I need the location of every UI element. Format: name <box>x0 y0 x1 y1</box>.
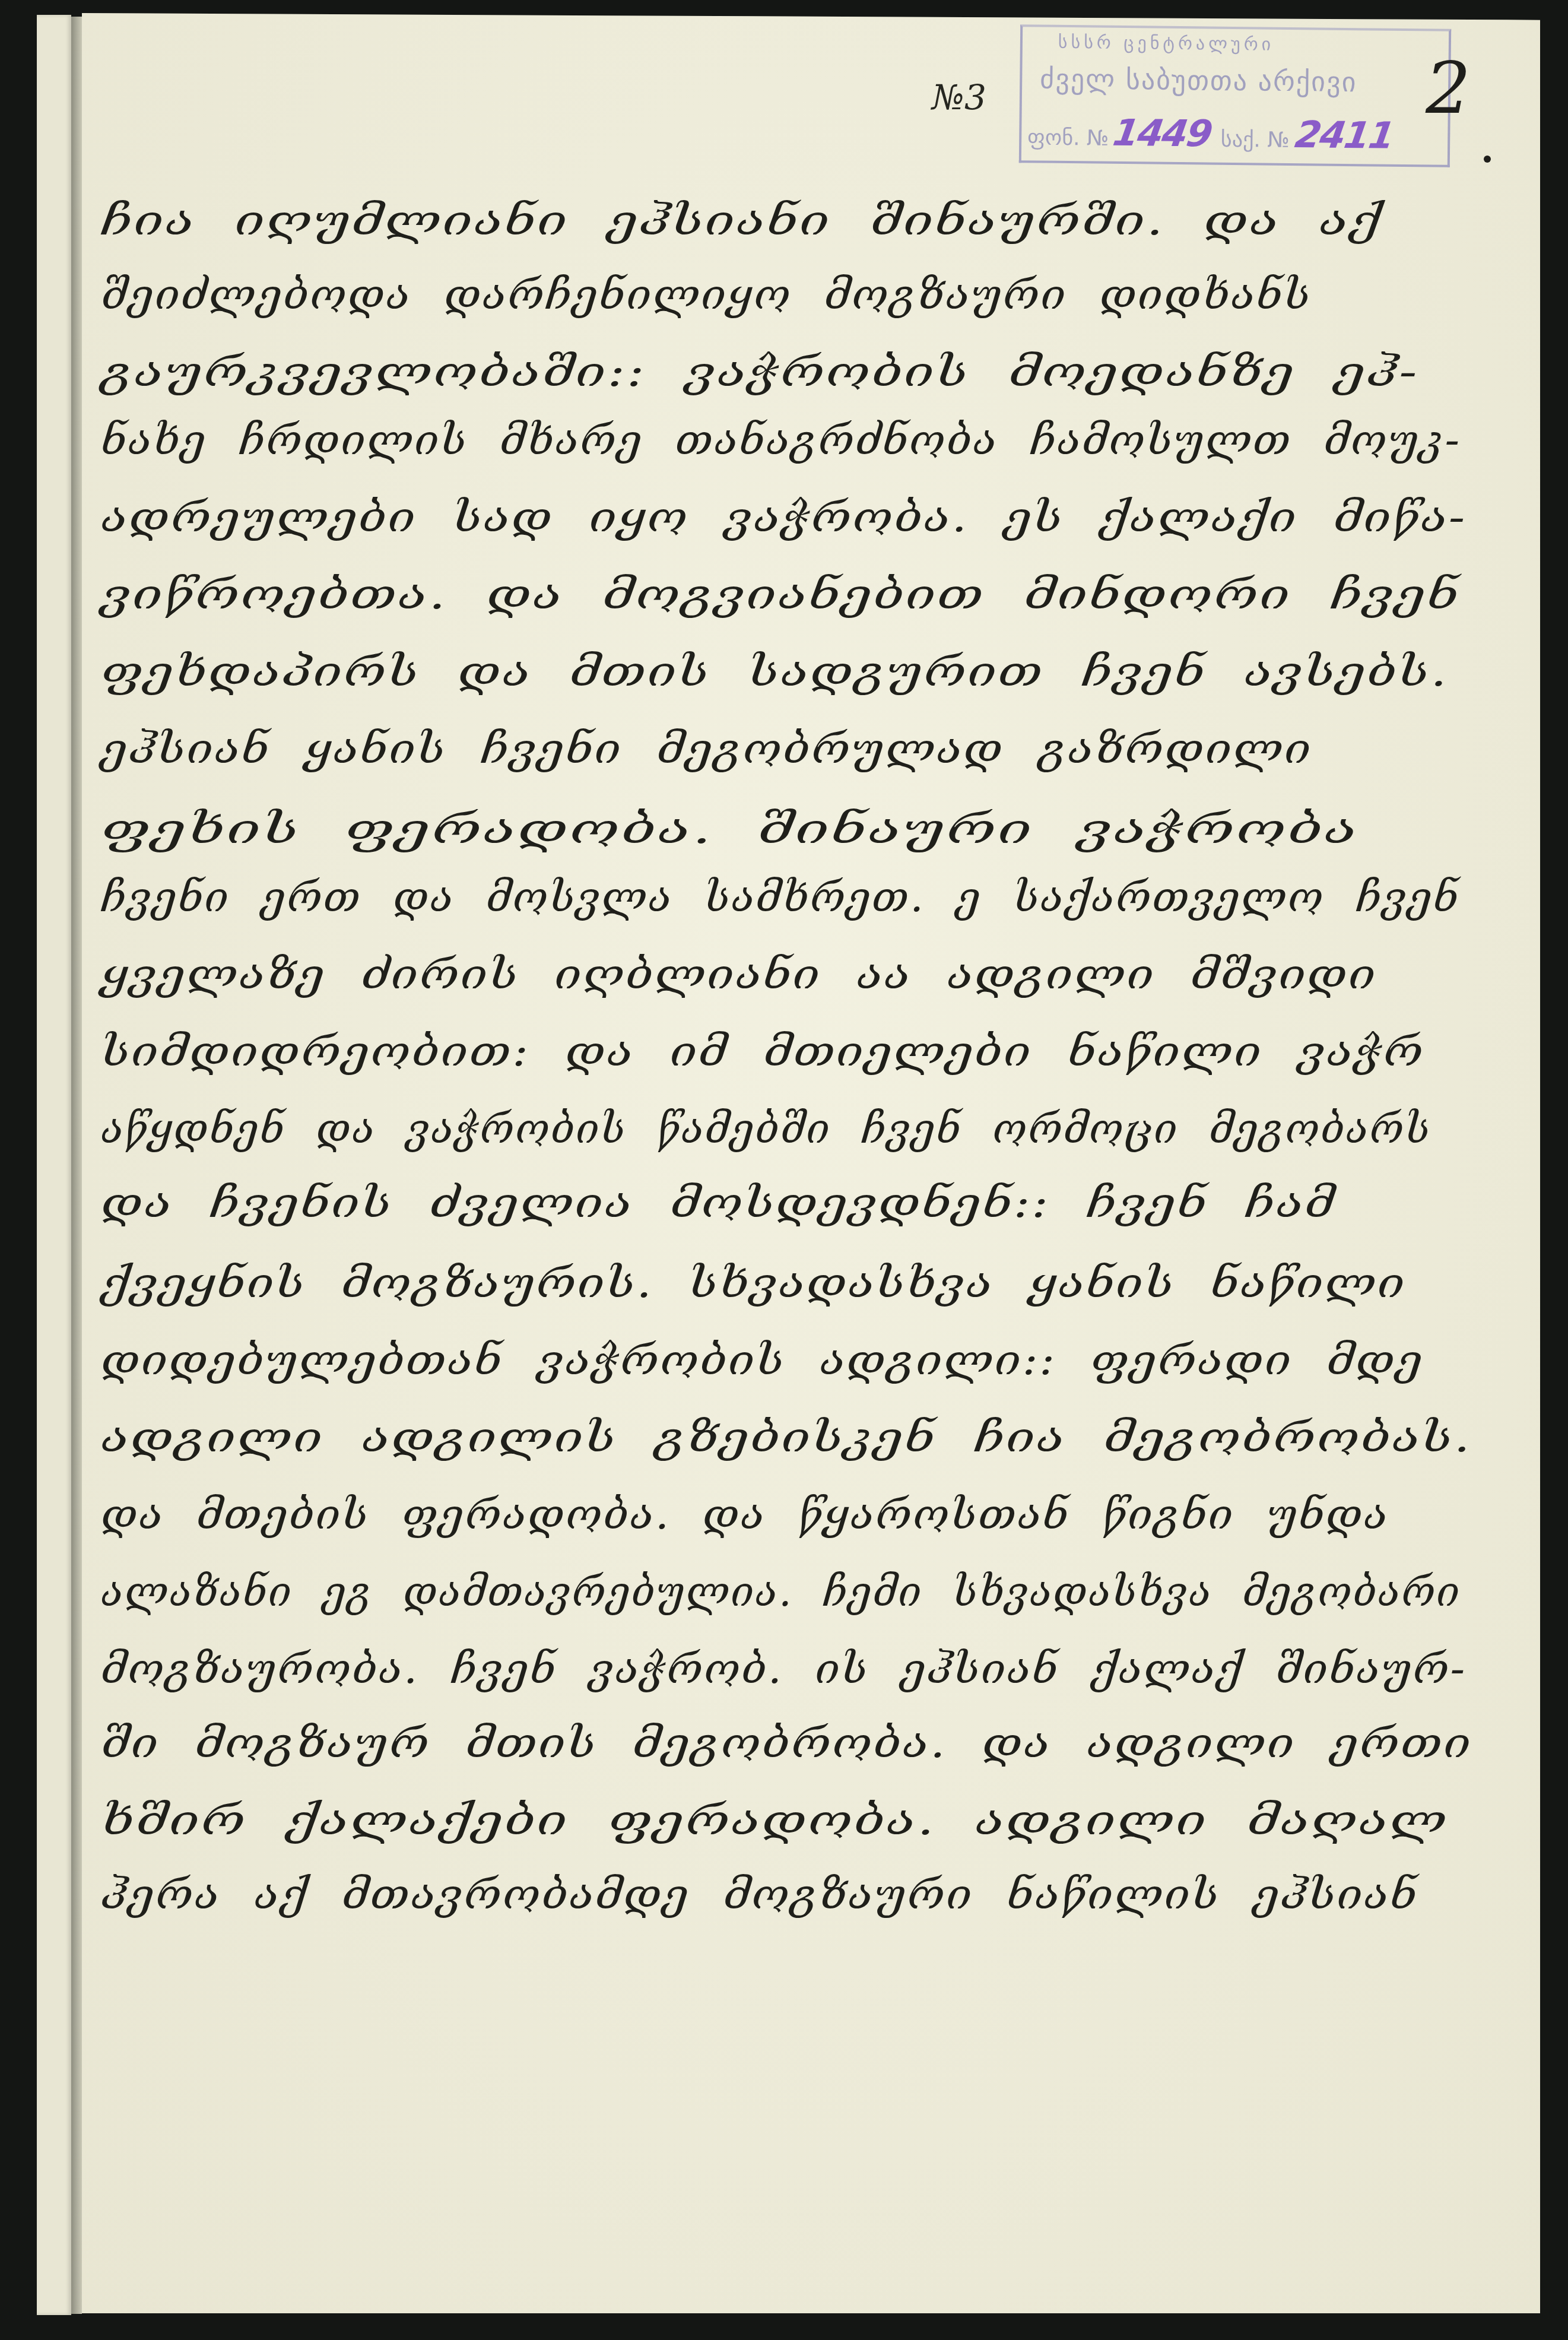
stamp-archive-name: ძველ საბუთთა არქივი <box>1040 63 1357 99</box>
text-line: დიდებულებთან ვაჭრობის ადგილი:: ფერადი მდ… <box>101 1336 1424 1384</box>
stamp-case-number: 2411 <box>1292 113 1396 157</box>
text-line: აწყდნენ და ვაჭრობის წამებში ჩვენ ორმოცი … <box>101 1104 1431 1153</box>
text-line: ფეხის ფერადობა. შინაური ვაჭრობა <box>101 804 1358 853</box>
text-line: ში მოგზაურ მთის მეგობრობა. და ადგილი ერთ… <box>101 1718 1472 1767</box>
text-line: ჩვენი ერთ და მოსვლა სამხრეთ. ე საქართველ… <box>101 873 1459 921</box>
text-line: ალაზანი ეგ დამთავრებულია. ჩემი სხვადასხვ… <box>101 1567 1461 1616</box>
stamp-reference: ფონ. №1449საქ. №2411 <box>1027 110 1394 157</box>
text-line: ადრეულები სად იყო ვაჭრობა. ეს ქალაქი მიწ… <box>101 493 1466 541</box>
text-line: ვიწროებთა. და მოგვიანებით მინდორი ჩვენ <box>101 570 1460 619</box>
binding-shadow <box>71 17 82 2314</box>
text-line: ეჰსიან ყანის ჩვენი მეგობრულად გაზრდილი <box>101 724 1312 773</box>
stamp-institution-line: სსსრ ცენტრალური <box>1058 32 1275 55</box>
stamp-fond-number: 1449 <box>1110 111 1215 156</box>
archive-stamp: სსსრ ცენტრალური ძველ საბუთთა არქივი ფონ.… <box>1019 24 1451 167</box>
folio-number: 2 <box>1426 47 1471 130</box>
left-page-strip <box>37 15 71 2315</box>
text-line: ჰერა აქ მთავრობამდე მოგზაური ნაწილის ეჰს… <box>101 1870 1418 1919</box>
text-line: ადგილი ადგილის გზებისკენ ჩია მეგობრობას. <box>101 1413 1471 1461</box>
stamp-fond-label: ფონ. № <box>1027 125 1109 150</box>
text-line: ქვეყნის მოგზაურის. სხვადასხვა ყანის ნაწი… <box>101 1258 1406 1307</box>
text-line: ჩია იღუმლიანი ეჰსიანი შინაურში. და აქ <box>101 196 1382 245</box>
text-line: ხშირ ქალაქები ფერადობა. ადგილი მაღალ <box>101 1796 1448 1844</box>
text-line: გაურკვევლობაში:: ვაჭრობის მოედანზე ეჰ- <box>101 347 1418 396</box>
text-line: და მთების ფერადობა. და წყაროსთან წიგნი უ… <box>101 1490 1389 1539</box>
text-line: მოგზაურობა. ჩვენ ვაჭრობ. ის ეჰსიან ქალაქ… <box>101 1644 1466 1693</box>
text-line: შეიძლებოდა დარჩენილიყო მოგზაური დიდხანს <box>101 270 1312 319</box>
text-line: ყველაზე ძირის იღბლიანი აა ადგილი მშვიდი <box>101 950 1377 998</box>
text-line: ფეხდაპირს და მთის სადგურით ჩვენ ავსებს. <box>101 647 1448 696</box>
text-line: და ჩვენის ძველია მოსდევდნენ:: ჩვენ ჩამ <box>101 1178 1336 1227</box>
section-number: №3 <box>932 77 986 118</box>
stamp-case-label: საქ. № <box>1221 128 1290 153</box>
text-line: სიმდიდრეობით: და იმ მთიელები ნაწილი ვაჭრ <box>101 1027 1424 1076</box>
folio-dot <box>1484 156 1491 163</box>
text-line: ნახე ჩრდილის მხარე თანაგრძნობა ჩამოსულთ … <box>101 416 1461 464</box>
